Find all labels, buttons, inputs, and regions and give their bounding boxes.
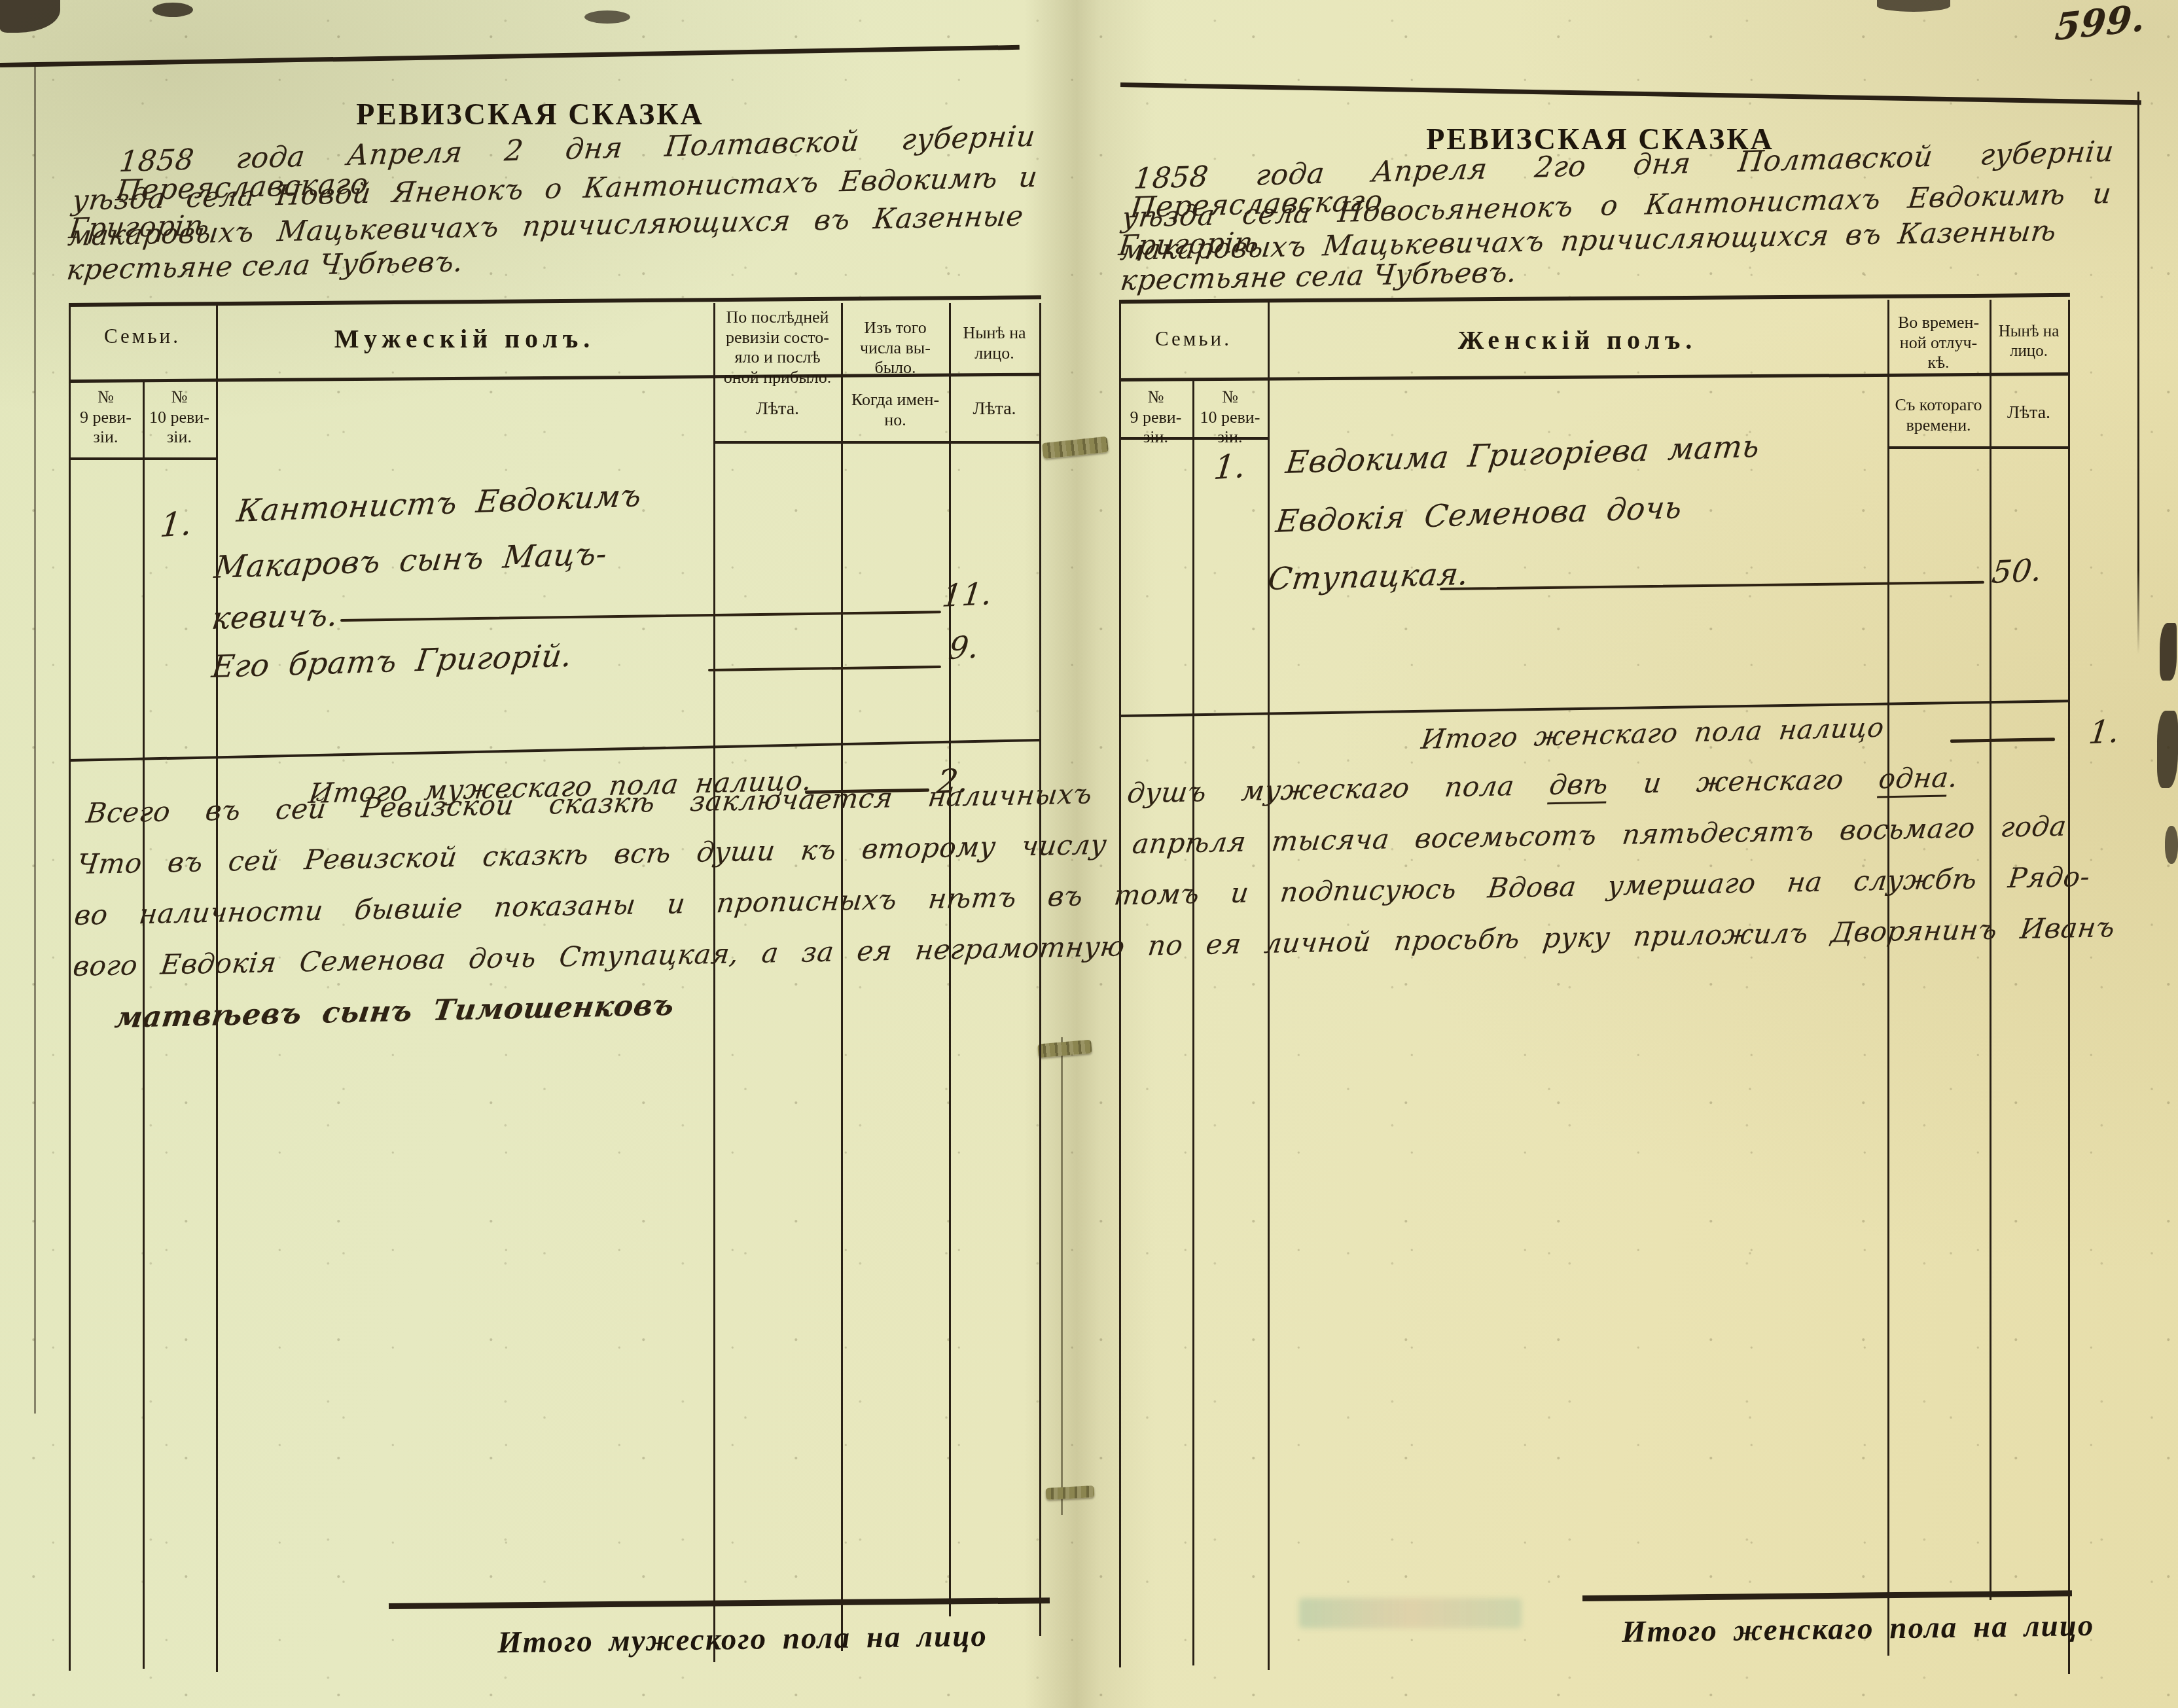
- left-intro-line: крестьяне села Чубѣевъ.: [65, 248, 465, 285]
- entry-name-line: кевичъ.: [210, 600, 340, 634]
- left-table-line-male: [713, 303, 715, 1662]
- entry-name-line: Кантонистъ Евдокимъ: [235, 480, 643, 527]
- left-table-top-rule: [69, 295, 1041, 307]
- right-total-value: 1.: [2087, 715, 2122, 749]
- total-filler-dash: [1950, 738, 2055, 743]
- right-col-present-years: Лѣта.: [1991, 402, 2067, 423]
- right-table-line-away: [1990, 300, 1991, 1600]
- right-table-border-right: [2068, 300, 2070, 1674]
- entry-filler-dash: [340, 611, 941, 622]
- left-page-title: РЕВИЗСКАЯ СКАЗКА: [203, 97, 857, 132]
- revision-list-scan: 599. РЕВИЗСКАЯ СКАЗКА 1858 года Апреля 2…: [0, 0, 2178, 1708]
- right-table-border-left: [1119, 300, 1121, 1667]
- left-col-departed-when: Когда имен- но.: [842, 390, 948, 430]
- page-number: 599.: [2054, 0, 2147, 46]
- left-total-separator-rule: [69, 739, 1041, 762]
- right-table-top-rule: [1119, 293, 2070, 304]
- right-col-rev9: № 9 реви- зіи.: [1119, 387, 1192, 448]
- right-col-away: Во времен- ной отлуч- кѣ.: [1889, 313, 1988, 373]
- right-page-edge-frame: [2137, 92, 2139, 654]
- right-page-top-frame: [1120, 82, 2141, 105]
- left-page-edge-frame: [34, 65, 36, 1414]
- left-table-line-family: [216, 303, 218, 1672]
- male-count-underlined: двѣ: [1547, 768, 1610, 804]
- left-table-border-left: [69, 303, 71, 1671]
- right-table-line-family: [1268, 300, 1270, 1670]
- entry-age: 11.: [940, 578, 994, 612]
- left-table-subheader-rule-right: [713, 441, 1041, 444]
- left-col-male: Мужескій полъ.: [216, 323, 713, 354]
- right-total-label: Итого женскаго пола налицо: [1419, 714, 1885, 753]
- scan-edge-mark: [584, 10, 630, 24]
- entry-number: 1.: [1212, 449, 1247, 484]
- left-col-present-years: Лѣта.: [950, 398, 1039, 419]
- left-table-border-right: [1039, 303, 1041, 1636]
- entry-number: 1.: [158, 507, 194, 542]
- adjacent-page-ink: [2157, 711, 2178, 788]
- left-table-line-lastrev: [841, 303, 843, 1651]
- right-col-present: Нынѣ на лицо.: [1991, 322, 2067, 361]
- certification-text: Всего въ сей Ревизской сказкѣ заключаетс…: [84, 769, 1552, 829]
- female-count-underlined: одна: [1876, 761, 1950, 798]
- left-col-rev10: № 10 реви- зіи.: [143, 387, 216, 448]
- right-total-separator-rule: [1119, 700, 2069, 717]
- right-intro-line: крестьяне села Чубѣевъ.: [1118, 258, 1518, 295]
- right-table-line-female: [1887, 300, 1889, 1656]
- right-table-subheader-rule-right: [1887, 446, 2070, 449]
- faded-stamp: [1299, 1598, 1522, 1628]
- left-col-last-revision-years: Лѣта.: [715, 398, 840, 419]
- scan-corner-artifact: [0, 0, 60, 33]
- adjacent-page-ink: [2160, 623, 2177, 681]
- adjacent-page-ink: [2165, 826, 2178, 864]
- left-col-family: Семьи.: [69, 325, 216, 349]
- left-page-top-frame: [0, 45, 1020, 67]
- entry-age: 9.: [947, 632, 981, 664]
- fold-crease-line: [1061, 1037, 1063, 1515]
- right-col-female: Женскій полъ.: [1268, 325, 1887, 355]
- left-footer-label: Итого мужеского пола на лицо: [497, 1618, 988, 1660]
- right-footer-label: Итого женскаго пола на лицо: [1622, 1608, 2095, 1650]
- entry-age: 50.: [1990, 555, 2044, 588]
- right-table-line-rev: [1192, 380, 1194, 1665]
- entry-name-line: Евдокима Григоріева мать: [1284, 431, 1761, 478]
- certification-signature: матвѣевъ сынъ Тимошенковъ: [113, 991, 676, 1033]
- left-col-last-revision: По послѣдней ревизіи состо- яло и послѣ …: [715, 308, 840, 388]
- entry-name-line: Его братъ Григорій.: [210, 641, 574, 683]
- right-table-header-divider: [1119, 372, 2070, 382]
- entry-name-line: Евдокія Семенова дочь: [1274, 492, 1684, 537]
- left-col-departed: Изъ того числа вы- было.: [842, 318, 948, 378]
- scan-edge-mark: [1877, 0, 1950, 12]
- entry-name-line: Макаровъ сынъ Мацъ-: [213, 539, 609, 583]
- scan-edge-mark: [152, 3, 193, 17]
- right-col-family: Семьи.: [1119, 327, 1268, 351]
- left-col-rev9: № 9 реви- зіи.: [69, 387, 143, 448]
- certification-text: и женскаго: [1606, 762, 1881, 800]
- entry-filler-dash: [1440, 581, 1984, 590]
- right-col-rev10: № 10 реви- зіи.: [1192, 387, 1268, 448]
- right-bottom-rule: [1582, 1590, 2072, 1601]
- right-col-away-since: Съ котораго времени.: [1889, 395, 1988, 435]
- left-col-present: Нынѣ на лицо.: [950, 323, 1039, 363]
- entry-filler-dash: [708, 666, 941, 671]
